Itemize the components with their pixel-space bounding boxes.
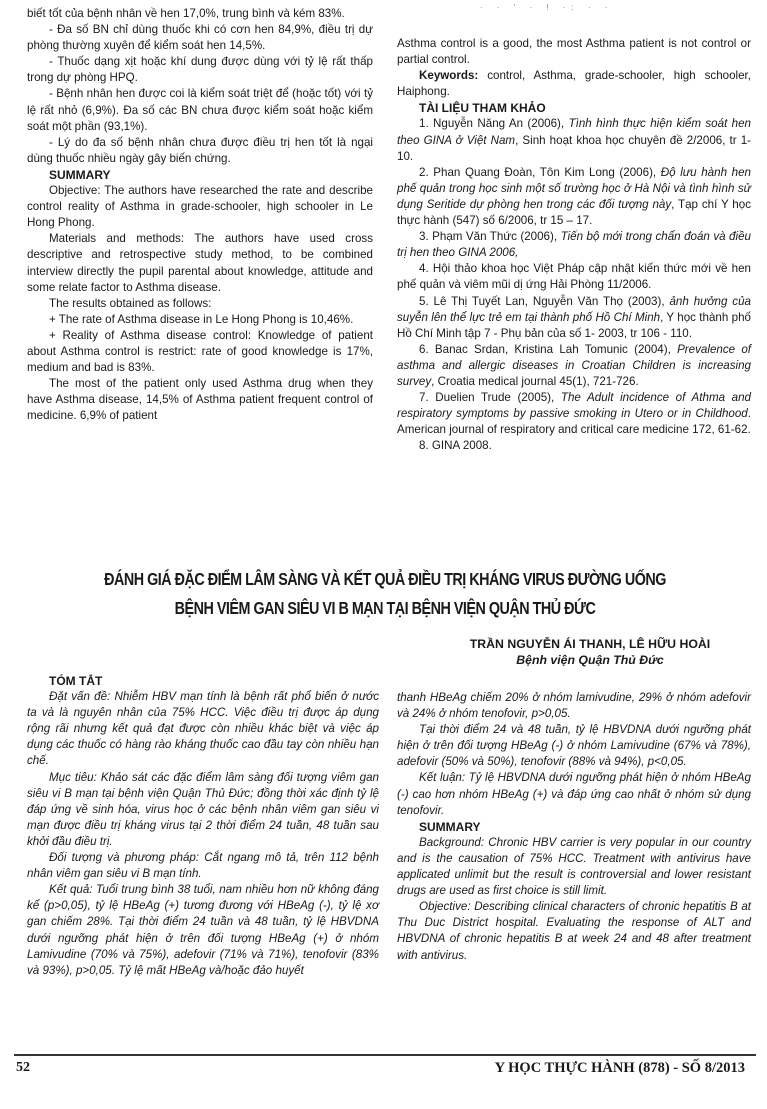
summary-result: + Reality of Asthma disease control: Kno… bbox=[27, 328, 373, 376]
summary-result: The most of the patient only used Asthma… bbox=[27, 376, 373, 424]
reference-item: 1. Nguyễn Năng An (2006), Tình hình thực… bbox=[397, 116, 751, 164]
ref-authors: 3. Phạm Văn Thức (2006), bbox=[419, 230, 561, 243]
article-title: ĐÁNH GIÁ ĐẶC ĐIỂM LÂM SÀNG VÀ KẾT QUẢ ĐI… bbox=[102, 565, 668, 623]
ref-source: , Croatia medical journal 45(1), 721-726… bbox=[431, 375, 639, 388]
reference-item: 8. GINA 2008. bbox=[397, 438, 751, 454]
keywords: Keywords: control, Asthma, grade-schoole… bbox=[397, 68, 751, 100]
article-title-line: ĐÁNH GIÁ ĐẶC ĐIỂM LÂM SÀNG VÀ KẾT QUẢ ĐI… bbox=[102, 565, 668, 594]
reference-item: 6. Banac Srdan, Kristina Lah Tomunic (20… bbox=[397, 342, 751, 390]
previous-article-left-column: biết tốt của bệnh nhân về hen 17,0%, tru… bbox=[27, 6, 373, 424]
reference-item: 3. Phạm Văn Thức (2006), Tiến bộ mới tro… bbox=[397, 229, 751, 261]
abstract-background: Đặt vấn đề: Nhiễm HBV mạn tính là bệnh r… bbox=[27, 689, 379, 769]
abstract-conclusion: Kết luận: Tỷ lệ HBVDNA dưới ngưỡng phát … bbox=[397, 770, 751, 818]
abstract-results: Kết quả: Tuổi trung bình 38 tuổi, nam nh… bbox=[27, 882, 379, 979]
previous-article-right-column: Asthma control is a good, the most Asthm… bbox=[397, 36, 751, 454]
scan-artifacts: · · ' · ! ·: · · bbox=[480, 0, 710, 18]
summary-heading: SUMMARY bbox=[397, 819, 751, 835]
footer-divider bbox=[14, 1054, 756, 1056]
references-heading: TÀI LIỆU THAM KHẢO bbox=[397, 100, 751, 116]
author-affiliation: Bệnh viện Quận Thủ Đức bbox=[440, 652, 740, 668]
conclusion-item: - Thuốc dạng xịt hoặc khí dung được dùng… bbox=[27, 54, 373, 86]
summary-background: Background: Chronic HBV carrier is very … bbox=[397, 835, 751, 899]
ref-authors: 2. Phan Quang Đoàn, Tôn Kim Long (2006), bbox=[419, 166, 661, 179]
conclusion-item: - Đa số BN chỉ dùng thuốc khi có cơn hen… bbox=[27, 22, 373, 54]
ref-authors: 6. Banac Srdan, Kristina Lah Tomunic (20… bbox=[419, 343, 677, 356]
summary-results-intro: The results obtained as follows: bbox=[27, 296, 373, 312]
ref-authors: 7. Duelien Trude (2005), bbox=[419, 391, 561, 404]
summary-heading: SUMMARY bbox=[27, 167, 373, 183]
abstract-results-continued: thanh HBeAg chiếm 20% ở nhóm lamivudine,… bbox=[397, 690, 751, 722]
article-title-line: BỆNH VIÊM GAN SIÊU VI B MẠN TẠI BỆNH VIỆ… bbox=[102, 594, 668, 623]
abstract-methods: Đối tượng và phương pháp: Cắt ngang mô t… bbox=[27, 850, 379, 882]
reference-item: 2. Phan Quang Đoàn, Tôn Kim Long (2006),… bbox=[397, 165, 751, 229]
abstract-objective: Mục tiêu: Khảo sát các đặc điểm lâm sàng… bbox=[27, 770, 379, 850]
journal-issue: Y HỌC THỰC HÀNH (878) - SỐ 8/2013 bbox=[495, 1060, 745, 1076]
author-block: TRẦN NGUYỄN ÁI THANH, LÊ HỮU HOÀI Bệnh v… bbox=[440, 636, 740, 668]
summary-objective: Objective: The authors have researched t… bbox=[27, 183, 373, 231]
summary-continued: Asthma control is a good, the most Asthm… bbox=[397, 36, 751, 68]
article-left-column: TÓM TẮT Đặt vấn đề: Nhiễm HBV mạn tính l… bbox=[27, 673, 379, 979]
abstract-heading: TÓM TẮT bbox=[27, 673, 379, 689]
conclusion-item: - Lý do đa số bệnh nhân chưa được điều t… bbox=[27, 135, 373, 167]
ref-authors: 4. Hội thảo khoa học Việt Pháp cập nhật … bbox=[397, 262, 751, 291]
reference-item: 7. Duelien Trude (2005), The Adult incid… bbox=[397, 390, 751, 438]
page-number: 52 bbox=[16, 1060, 30, 1076]
reference-item: 4. Hội thảo khoa học Việt Pháp cập nhật … bbox=[397, 261, 751, 293]
ref-authors: 8. GINA 2008. bbox=[419, 439, 492, 452]
summary-result: + The rate of Asthma disease in Le Hong … bbox=[27, 312, 373, 328]
conclusion-item: - Bệnh nhân hen được coi là kiểm soát tr… bbox=[27, 86, 373, 134]
reference-item: 5. Lê Thị Tuyết Lan, Nguyễn Văn Thọ (200… bbox=[397, 294, 751, 342]
author-names: TRẦN NGUYỄN ÁI THANH, LÊ HỮU HOÀI bbox=[440, 636, 740, 652]
summary-objective: Objective: Describing clinical character… bbox=[397, 899, 751, 963]
summary-methods: Materials and methods: The authors have … bbox=[27, 231, 373, 295]
keywords-label: Keywords: bbox=[419, 69, 478, 82]
conclusion-continued: biết tốt của bệnh nhân về hen 17,0%, tru… bbox=[27, 6, 373, 22]
abstract-results-hbeag-negative: Tại thời điểm 24 và 48 tuần, tỷ lệ HBVDN… bbox=[397, 722, 751, 770]
ref-authors: 1. Nguyễn Năng An (2006), bbox=[419, 117, 569, 130]
ref-authors: 5. Lê Thị Tuyết Lan, Nguyễn Văn Thọ (200… bbox=[419, 295, 669, 308]
article-right-column: thanh HBeAg chiếm 20% ở nhóm lamivudine,… bbox=[397, 690, 751, 964]
